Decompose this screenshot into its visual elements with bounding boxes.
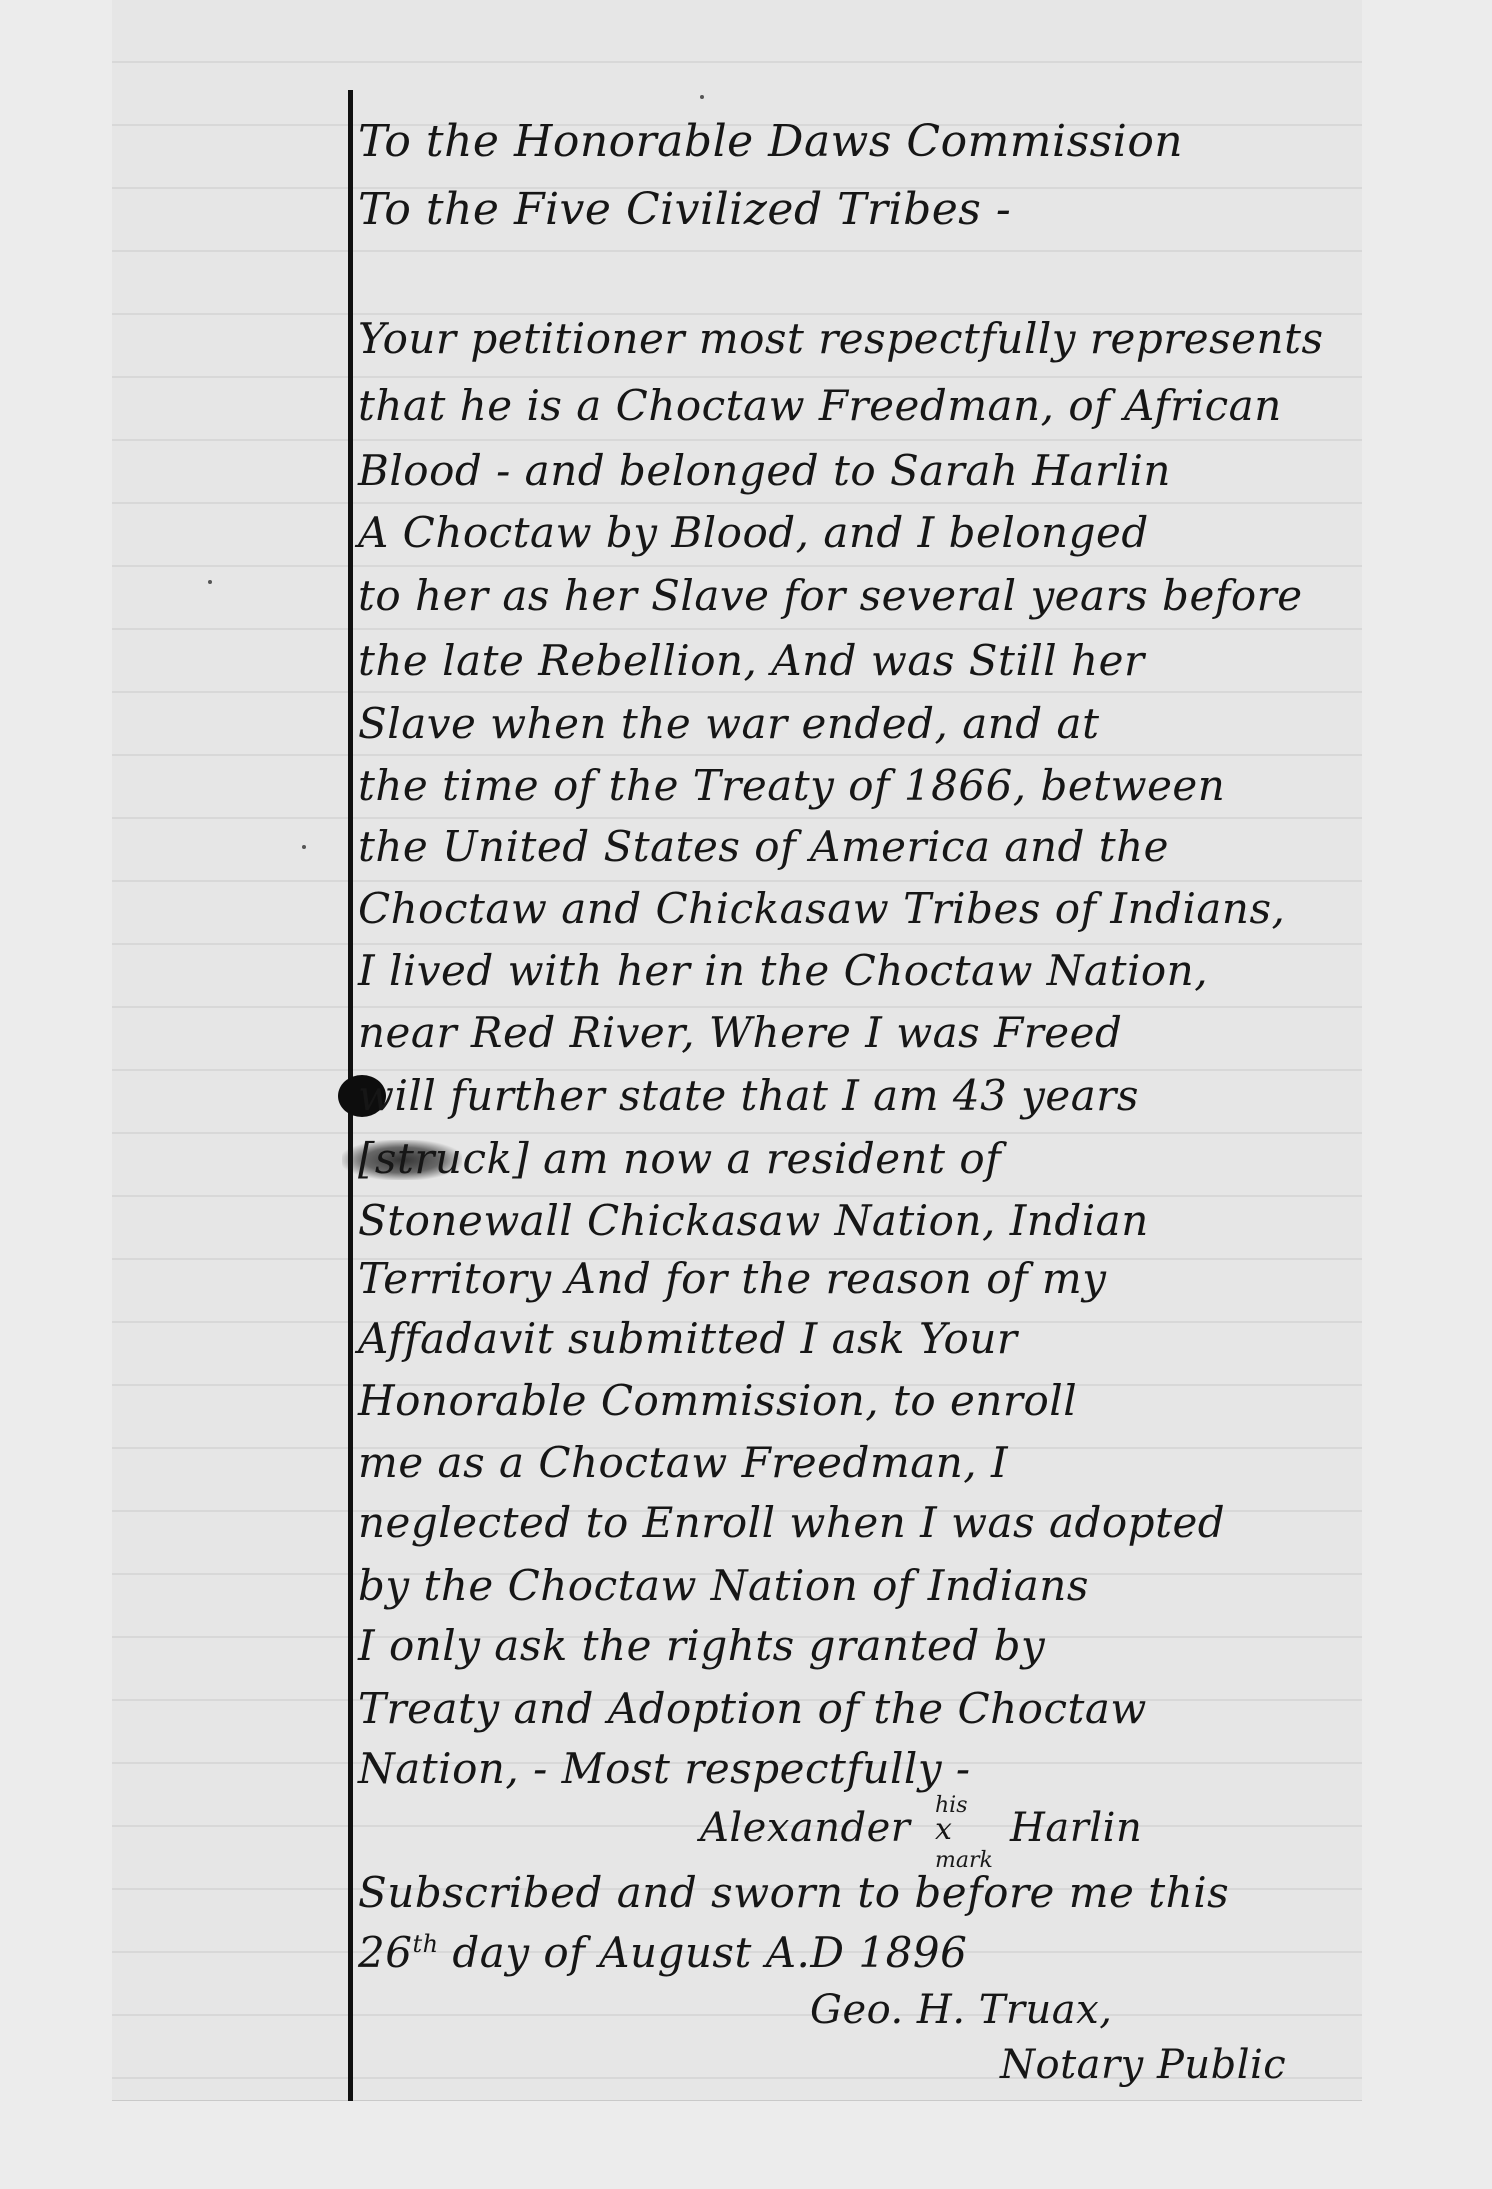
heading-line-1: To the Honorable Daws Commission bbox=[358, 120, 1183, 164]
notary-title: Notary Public bbox=[1000, 2045, 1286, 2085]
jurat-day-number: 26 bbox=[358, 1928, 412, 1977]
body-line: near Red River, Where I was Freed bbox=[358, 1012, 1122, 1054]
body-line: Nation, - Most respectfully - bbox=[358, 1748, 971, 1790]
body-line: I lived with her in the Choctaw Nation, bbox=[358, 950, 1208, 992]
signature-mark: x bbox=[935, 1815, 952, 1845]
heading-line-2: To the Five Civilized Tribes - bbox=[358, 188, 1011, 232]
handwritten-text: To the Honorable Daws Commission To the … bbox=[0, 0, 1492, 2189]
body-line: Blood - and belonged to Sarah Harlin bbox=[358, 450, 1171, 492]
body-line: neglected to Enroll when I was adopted bbox=[358, 1502, 1225, 1544]
body-line: I only ask the rights granted by bbox=[358, 1625, 1045, 1667]
body-line: the late Rebellion, And was Still her bbox=[358, 640, 1145, 682]
body-line: Your petitioner most respectfully repres… bbox=[358, 318, 1324, 360]
body-line: Treaty and Adoption of the Choctaw bbox=[358, 1688, 1147, 1730]
notary-name: Geo. H. Truax, bbox=[810, 1990, 1112, 2030]
body-line: by the Choctaw Nation of Indians bbox=[358, 1565, 1089, 1607]
body-line: the United States of America and the bbox=[358, 826, 1169, 868]
body-line: will further state that I am 43 years bbox=[358, 1075, 1139, 1117]
body-line: the time of the Treaty of 1866, between bbox=[358, 765, 1225, 807]
body-line: Slave when the war ended, and at bbox=[358, 703, 1099, 745]
body-line: that he is a Choctaw Freedman, of Africa… bbox=[358, 385, 1282, 427]
body-line: me as a Choctaw Freedman, I bbox=[358, 1442, 1008, 1484]
signature-last-name: Harlin bbox=[1010, 1808, 1142, 1848]
jurat-date-text: day of August A.D 1896 bbox=[452, 1928, 967, 1977]
body-line: to her as her Slave for several years be… bbox=[358, 575, 1303, 617]
body-line: Affadavit submitted I ask Your bbox=[358, 1318, 1017, 1360]
signature-first-name: Alexander bbox=[700, 1808, 910, 1848]
body-line: [struck] am now a resident of bbox=[358, 1138, 1001, 1180]
body-line: Stonewall Chickasaw Nation, Indian bbox=[358, 1200, 1149, 1242]
jurat-line-2: 26th day of August A.D 1896 bbox=[358, 1932, 967, 1974]
jurat-day-suffix: th bbox=[412, 1930, 438, 1958]
body-line: Choctaw and Chickasaw Tribes of Indians, bbox=[358, 888, 1285, 930]
body-line: Territory And for the reason of my bbox=[358, 1258, 1106, 1300]
body-line: A Choctaw by Blood, and I belonged bbox=[358, 512, 1149, 554]
body-line: Honorable Commission, to enroll bbox=[358, 1380, 1077, 1422]
jurat-line-1: Subscribed and sworn to before me this bbox=[358, 1872, 1229, 1914]
